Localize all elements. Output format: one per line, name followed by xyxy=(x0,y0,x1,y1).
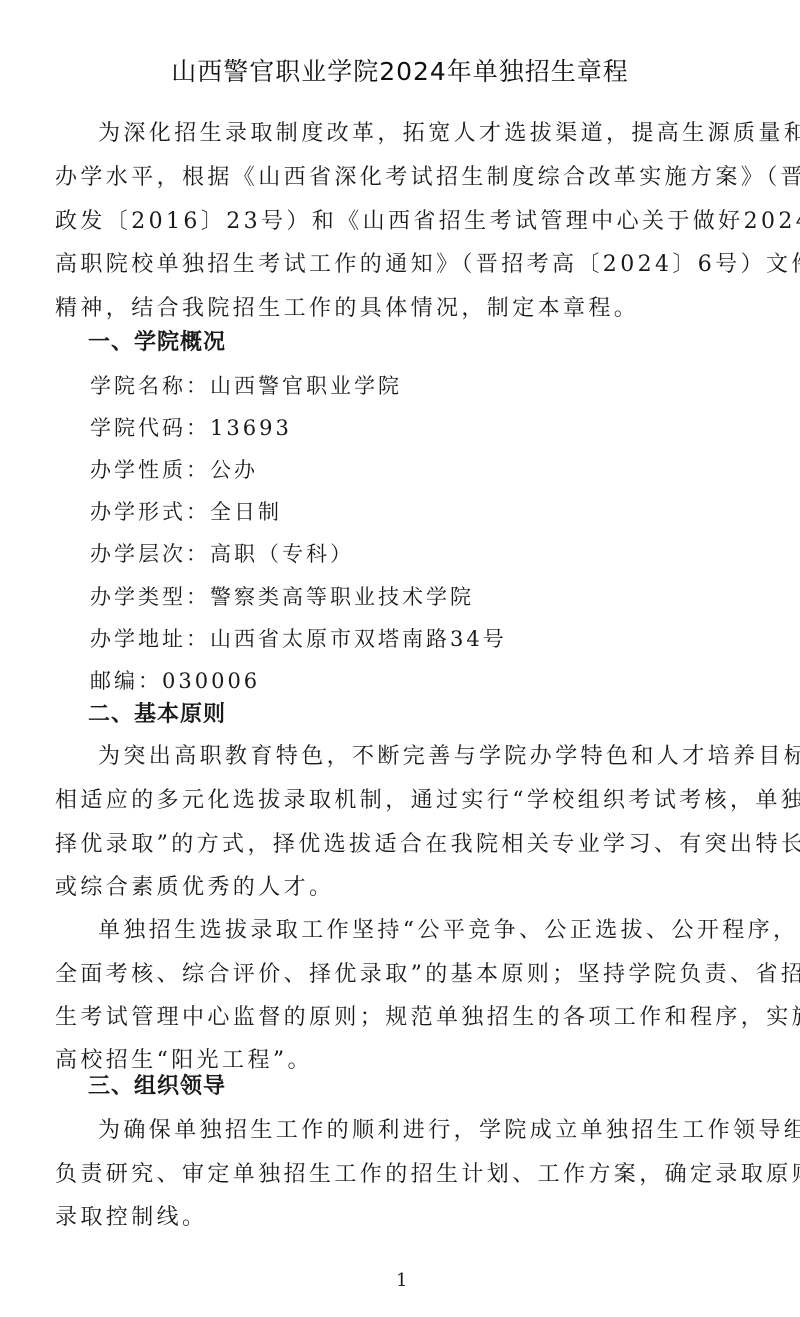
info-item: 办学层次：高职（专科） xyxy=(90,539,354,569)
info-item: 邮编：030006 xyxy=(90,666,260,696)
paragraph-line: 为突出高职教育特色，不断完善与学院办学特色和人才培养目标 xyxy=(98,742,800,772)
info-item: 办学性质：公办 xyxy=(90,455,258,485)
paragraph-line: 录取控制线。 xyxy=(55,1203,207,1233)
intro-line: 高职院校单独招生考试工作的通知》（晋招考高〔2024〕6号）文件 xyxy=(55,250,800,280)
paragraph-line: 生考试管理中心监督的原则；规范单独招生的各项工作和程序，实施 xyxy=(55,1003,800,1033)
page-number: 1 xyxy=(396,1270,407,1291)
section-heading: 三、组织领导 xyxy=(88,1072,226,1102)
section-heading: 一、学院概况 xyxy=(88,328,226,358)
document-title: 山西警官职业学院2024年单独招生章程 xyxy=(0,52,800,88)
paragraph-line: 为确保单独招生工作的顺利进行，学院成立单独招生工作领导组， xyxy=(98,1116,800,1146)
intro-line: 为深化招生录取制度改革，拓宽人才选拔渠道，提高生源质量和 xyxy=(98,119,800,149)
paragraph-line: 全面考核、综合评价、择优录取”的基本原则；坚持学院负责、省招 xyxy=(55,960,800,990)
paragraph-line: 择优录取”的方式，择优选拔适合在我院相关专业学习、有突出特长 xyxy=(55,830,800,860)
paragraph-line: 负责研究、审定单独招生工作的招生计划、工作方案，确定录取原则、 xyxy=(55,1160,800,1190)
info-item: 办学地址：山西省太原市双塔南路34号 xyxy=(90,624,507,654)
info-item: 学院名称：山西警官职业学院 xyxy=(90,371,402,401)
intro-line: 政发〔2016〕23号）和《山西省招生考试管理中心关于做好2024年 xyxy=(55,207,800,237)
info-item: 办学形式：全日制 xyxy=(90,497,282,527)
intro-line: 精神，结合我院招生工作的具体情况，制定本章程。 xyxy=(55,294,639,324)
info-item: 学院代码：13693 xyxy=(90,413,292,443)
section-heading: 二、基本原则 xyxy=(88,700,226,730)
info-item: 办学类型：警察类高等职业技术学院 xyxy=(90,582,474,612)
paragraph-line: 相适应的多元化选拔录取机制，通过实行“学校组织考试考核，单独 xyxy=(55,786,800,816)
paragraph-line: 或综合素质优秀的人才。 xyxy=(55,873,334,903)
intro-line: 办学水平，根据《山西省深化考试招生制度综合改革实施方案》（晋 xyxy=(55,163,800,193)
paragraph-line: 单独招生选拔录取工作坚持“公平竞争、公正选拔、公开程序， xyxy=(98,916,798,946)
